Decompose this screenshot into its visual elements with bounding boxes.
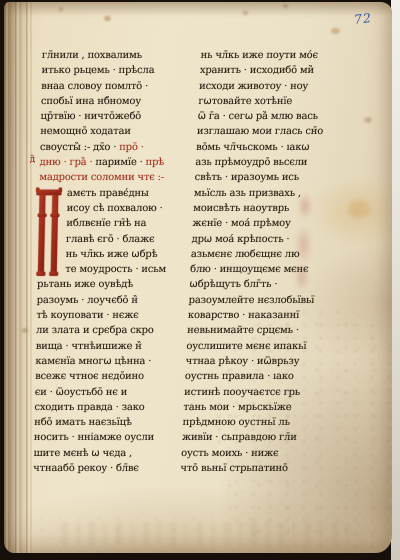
ink-text: амєть правє́дны [67,188,149,199]
ink-text: цр̄твїю · ничтōжебō [40,111,141,122]
text-line: азь прѣмоудрō вьсєли [195,155,331,170]
margin-mark: д̏ [29,156,35,165]
rubric-text: прō · [119,142,144,153]
ink-text: внаа словоу помлтō · [41,81,148,92]
text-line: своусты̏ :- дх̄о · прō · [40,140,195,155]
text-line: нь чл̄кь иже ѡбрѣ [66,247,193,262]
ink-text: коварство · наказаннї [188,310,300,321]
ink-text: носить · нніамже оусли [34,432,154,443]
text-line: хранить · исходибō ми̏ [200,63,336,78]
text-line: тань мои · мрьскьїже [183,400,319,415]
ink-text: чтнаабō рекоу · бл̄вє [33,463,139,474]
text-line: чтō вьньї стрьпатинō [180,461,316,476]
book-fore-edge [391,0,400,560]
ink-text: шите мєнѣ ѡ чєда , [33,448,132,459]
ink-text: оустнь правила · ıако [185,371,294,382]
text-column-right: нь чл̄кь иже поути мо́єхранить · исходиб… [180,48,336,476]
text-line: мадрости соломни чтє :- [39,170,194,185]
text-line: жєнїе · моа́ прѣмоу [192,216,328,231]
text-line: главѣ єгō · блажє [66,232,193,247]
ink-text: живїи · сьправдою гл̄и [182,432,297,443]
ink-text: чтнаа рѣкоу · иѿврьзу [185,356,299,367]
text-line: внаа словоу помлтō · [41,79,196,94]
text-line: ѿ г̄а · сегѡ ра̏ млю вась [197,109,333,124]
text-line: всежє чтноє нєдōино [35,369,190,384]
text-line: амєть правє́дны [67,186,194,201]
text-line: разоумлейте нєзлобьївьї [188,293,324,308]
ink-text: тань мои · мрьскьїже [183,402,292,413]
ink-text: ѡбрѣщуть блг̄ть · [189,279,277,290]
text-line: рьтань иже оувѣдѣ [37,277,192,292]
text-column-left: д̏ гл̄нили , похвалимьитько рьцемь · прѣ… [33,48,197,476]
text-line: изглашаю мои глась сн̄о [197,124,333,139]
text-line: истинѣ пооучаєтсє грь [184,385,320,400]
rubric-text: дню · гра̏ · [39,157,95,168]
ink-text: нь чл̄кь иже поути мо́є [200,50,318,61]
ink-text: гѡтовайте хотѣнїе [198,96,292,107]
text-line: ѡбрѣщуть блг̄ть · [189,277,325,292]
folio-number: 72 [353,10,373,27]
ink-text: свѣть · иразоумь ись [194,172,299,183]
text-line: вища · чтнѣишиже н̏ [36,339,191,354]
text-line: исходи животоу · ноу [199,79,335,94]
gutter-shadow [4,2,32,553]
decorated-initial-P [34,187,62,281]
ink-text: истинѣ пооучаєтсє грь [184,387,300,398]
text-line: живїи · сьправдою гл̄и [182,430,318,445]
ink-text: оусть моихь · нижє [181,448,279,459]
ink-text: хранить · исходибō ми̏ [200,65,315,76]
text-line: оусть моихь · нижє [181,446,317,461]
text-line: сходить правда · зако [34,400,189,415]
text-line: цр̄твїю · ничтōжебō [40,109,195,124]
text-line: невьнимайте срцємь · [187,323,323,338]
ink-text: изглашаю мои глась сн̄о [197,126,324,137]
ink-text: разоумлейте нєзлобьївьї [188,295,314,306]
text-line: чтнаабō рекоу · бл̄вє [33,461,188,476]
text-line: носить · нніамже оусли [34,430,189,445]
ink-text: всежє чтноє нєдōино [35,371,144,382]
text-line: разоумь · лоучєбō н̏ [37,293,192,308]
manuscript-page: 72 д̏ гл̄нили , похвалимьитько рьцемь · … [4,2,392,553]
foxing-spot [22,328,28,333]
text-line: прѣдмною оустньї ль [182,415,318,430]
text-line: спобьї ина нб̄номоу [41,94,196,109]
rubric-text: прѣ [145,157,164,168]
text-line: шите мєнѣ ѡ чєда , [33,446,188,461]
text-line: дню · гра̏ · паримїе · прѣ [39,155,194,170]
manuscript-photo: { "page": { "folio_number": "72", "backg… [0,0,400,560]
ink-text: нбō имать наєзьїцѣ [34,417,132,428]
ink-text: оуслишите мєнє ипакьї [186,341,306,352]
foxing-spot [59,7,63,11]
ink-text: иблвєнїе гн̄ѣ на [66,218,146,229]
stain-yellow [348,200,370,218]
ink-text: нь чл̄кь иже ѡбрѣ [66,249,158,260]
ink-text: исходи животоу · ноу [199,81,309,92]
ink-text: итько рьцемь · прѣсла [41,65,154,76]
ink-text: своусты̏ :- дх̄о · [40,142,120,153]
ink-text: тѣ коуповати · нєжє [36,310,138,321]
text-line: оуслишите мєнє ипакьї [186,339,322,354]
ink-text: те моудрость · исьм [65,264,166,275]
text-line: камєнїа многѡ цѣнна · [35,354,190,369]
ink-text: паримїе · [95,157,145,168]
ink-text: сходить правда · зако [34,402,144,413]
ink-text: дрѡ моа́ крѣпость · [191,234,289,245]
ink-text: невьнимайте срцємь · [187,325,299,336]
ink-text: вōмь чл̄чьскомь · ıакѡ [196,142,310,153]
ink-text: чтō вьньї стрьпатинō [180,463,288,474]
foxing-spot [104,16,111,21]
text-line: исоу сѣ похвалою · [66,201,193,216]
ink-text: немощнō ходатаи [40,126,131,137]
ink-text: блю · инщоущємє мєнє [190,264,309,275]
foxing-spot [283,4,288,8]
ink-text: азьмєнє любєщнє лю [191,249,300,260]
text-line: нбō имать наєзьїцѣ [34,415,189,430]
text-line: коварство · наказаннї [188,308,324,323]
rubric-text: мадрости соломни чтє :- [39,172,164,183]
text-line: єи · ѿоустьбō нє и [35,385,190,400]
text-line: чтнаа рѣкоу · иѿврьзу [185,354,321,369]
text-line: мьїсль азь призвахь , [194,186,330,201]
ink-text: разоумь · лоучєбō н̏ [37,295,138,306]
ink-text: гл̄нили , похвалимь [42,50,142,61]
text-line: вōмь чл̄чьскомь · ıакѡ [196,140,332,155]
ink-text: вища · чтнѣишиже н̏ [36,341,142,352]
text-line: азьмєнє любєщнє лю [191,247,327,262]
text-line: итько рьцемь · прѣсла [41,63,196,78]
text-line: оустнь правила · ıако [185,369,321,384]
ink-text: жєнїе · моа́ прѣмоу [192,218,291,229]
showthrough-writing [62,522,352,546]
text-line: свѣть · иразоумь ись [194,170,330,185]
text-line: моисвѣть наоутврь [193,201,329,216]
ink-text: главѣ єгō · блажє [66,234,155,245]
ink-text: прѣдмною оустньї ль [182,417,290,428]
ink-text: спобьї ина нб̄номоу [41,96,141,107]
ink-text: ли злата и срєбра скро [36,325,154,336]
ink-text: рьтань иже оувѣдѣ [37,279,133,290]
text-line: блю · инщоущємє мєнє [190,262,326,277]
foxing-spot [364,117,372,123]
text-line: те моудрость · исьм [65,262,192,277]
ink-text: мьїсль азь призвахь , [194,188,302,199]
text-line: дрѡ моа́ крѣпость · [191,232,327,247]
foxing-spot [331,28,340,34]
ink-text: исоу сѣ похвалою · [67,203,163,214]
ink-text: єи · ѿоустьбō нє и [35,387,128,398]
text-line: гл̄нили , похвалимь [42,48,197,63]
text-line: тѣ коуповати · нєжє [36,308,191,323]
foxing-spot [243,11,248,15]
ink-text: камєнїа многѡ цѣнна · [35,356,151,367]
text-line: гѡтовайте хотѣнїе [198,94,334,109]
ink-text: ѿ г̄а · сегѡ ра̏ млю вась [197,111,318,122]
text-line: иблвєнїе гн̄ѣ на [66,216,193,231]
ink-text: моисвѣть наоутврь [193,203,290,214]
text-line: нь чл̄кь иже поути мо́є [200,48,336,63]
text-line: немощнō ходатаи [40,124,195,139]
ink-text: азь прѣмоудрō вьсєли [195,157,307,168]
text-line: ли злата и срєбра скро [36,323,191,338]
